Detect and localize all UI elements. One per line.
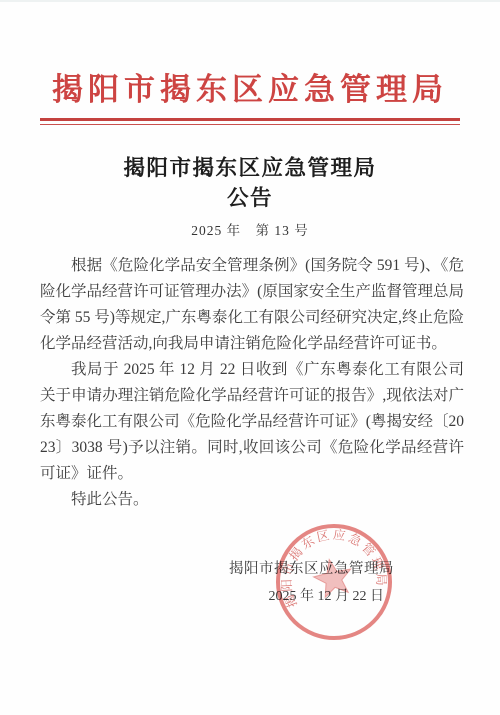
signature-date: 2025 年 12 月 22 日	[229, 586, 394, 608]
notice-body: 根据《危险化学品安全管理条例》(国务院令 591 号)、《危险化学品经营许可证管…	[40, 253, 464, 513]
signature-org-name: 揭阳市揭东区应急管理局	[229, 558, 394, 580]
title-type-line: 公告	[0, 183, 500, 213]
document-title: 揭阳市揭东区应急管理局 公告	[0, 153, 500, 213]
paragraph-decision: 我局于 2025 年 12 月 22 日收到《广东粤泰化工有限公司关于申请办理注…	[40, 357, 464, 487]
title-org-line: 揭阳市揭东区应急管理局	[0, 153, 500, 183]
letterhead-bureau-name: 揭阳市揭东区应急管理局	[0, 64, 500, 109]
signature-block: 揭阳市揭东区应急管理局 2025 年 12 月 22 日	[229, 558, 394, 608]
letterhead-double-rule	[40, 118, 460, 125]
paragraph-closing: 特此公告。	[40, 487, 464, 513]
document-number: 2025 年 第 13 号	[0, 219, 500, 239]
paragraph-basis: 根据《危险化学品安全管理条例》(国务院令 591 号)、《危险化学品经营许可证管…	[40, 253, 464, 357]
official-notice-page: 揭阳市揭东区应急管理局 揭阳市揭东区应急管理局 公告 2025 年 第 13 号…	[0, 0, 500, 715]
